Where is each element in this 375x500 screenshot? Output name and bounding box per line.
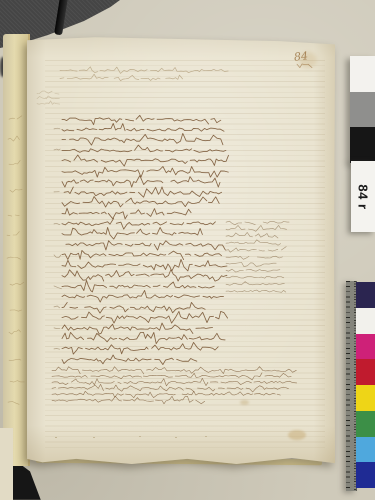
folio-tag: 84 r [351, 161, 375, 232]
grayscale-patch [350, 127, 375, 163]
color-calibration-bar [356, 282, 375, 488]
color-patch [356, 437, 375, 463]
color-patch [356, 334, 375, 360]
manuscript-photo: 84 84 r [0, 0, 375, 500]
parchment-surface [27, 36, 335, 464]
color-patch [356, 282, 375, 308]
grayscale-patch [350, 56, 375, 92]
color-patch [356, 385, 375, 411]
ruling-lines [45, 60, 325, 450]
pricking-specks [55, 437, 57, 438]
book-fore-edge [3, 34, 30, 466]
color-patch [356, 462, 375, 488]
color-patch [356, 308, 375, 334]
corner-page-edge [0, 428, 13, 500]
color-patch [356, 359, 375, 385]
grayscale-patch [350, 92, 375, 128]
parchment-stain [240, 400, 249, 405]
parchment-stain [288, 430, 306, 440]
folio-tag-label: 84 r [356, 184, 371, 209]
parchment-page [27, 36, 335, 464]
folio-number: 84 [293, 49, 308, 63]
color-patch [356, 411, 375, 437]
grayscale-calibration-bar [350, 56, 375, 163]
